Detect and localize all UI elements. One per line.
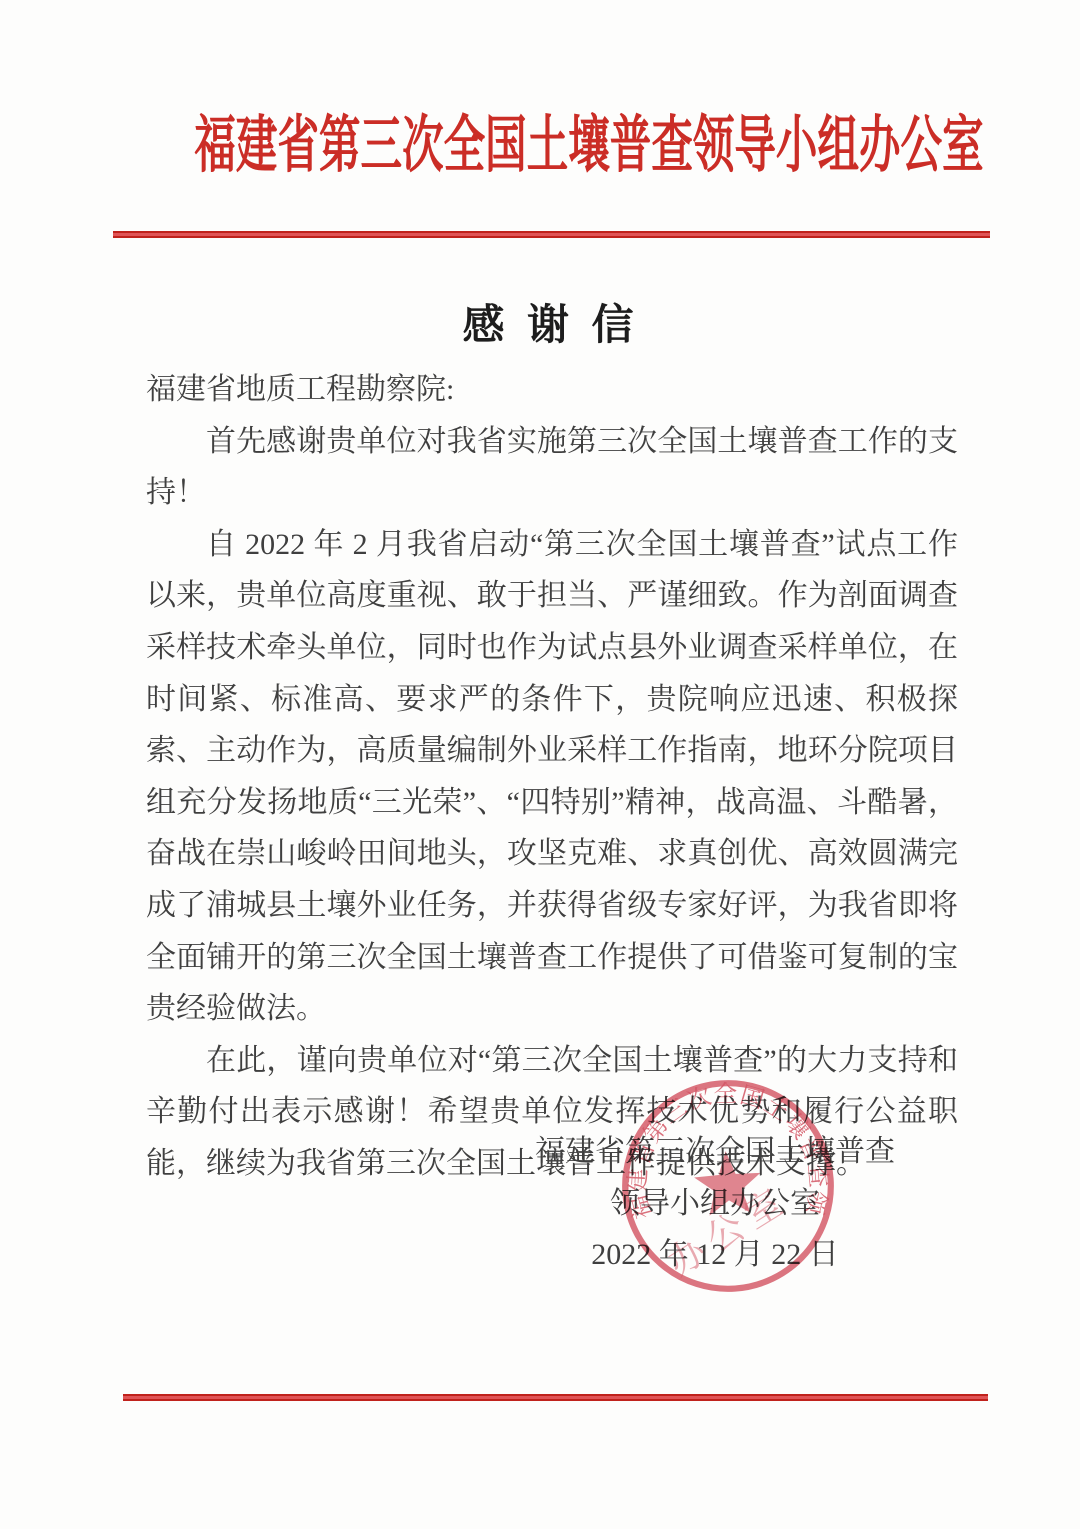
- letter-body: 福建省地质工程勘察院: 首先感谢贵单位对我省实施第三次全国土壤普查工作的支持！ …: [146, 364, 958, 1190]
- letterhead-text: 福建省第三次全国土壤普查领导小组办公室: [194, 106, 983, 186]
- letter-page: 福建省第三次全国土壤普查领导小组办公室 感 谢 信 福建省地质工程勘察院: 首先…: [0, 0, 1080, 1529]
- signature-date: 2022 年 12 月 22 日: [505, 1229, 925, 1281]
- salutation: 福建省地质工程勘察院:: [146, 364, 958, 416]
- letterhead-title: 福建省第三次全国土壤普查领导小组办公室: [0, 106, 1080, 186]
- paragraph-2: 自 2022 年 2 月我省启动“第三次全国土壤普查”试点工作以来，贵单位高度重…: [146, 519, 958, 1035]
- paragraph-1: 首先感谢贵单位对我省实施第三次全国土壤普查工作的支持！: [146, 416, 958, 519]
- signature-org-line2: 领导小组办公室: [505, 1178, 925, 1230]
- header-rule: [113, 231, 990, 238]
- footer-rule: [123, 1394, 988, 1401]
- letter-title: 感 谢 信: [145, 300, 957, 352]
- signature-block: 福建省第三次全国土壤普查 领导小组办公室 2022 年 12 月 22 日: [505, 1126, 925, 1281]
- signature-org-line1: 福建省第三次全国土壤普查: [505, 1126, 925, 1178]
